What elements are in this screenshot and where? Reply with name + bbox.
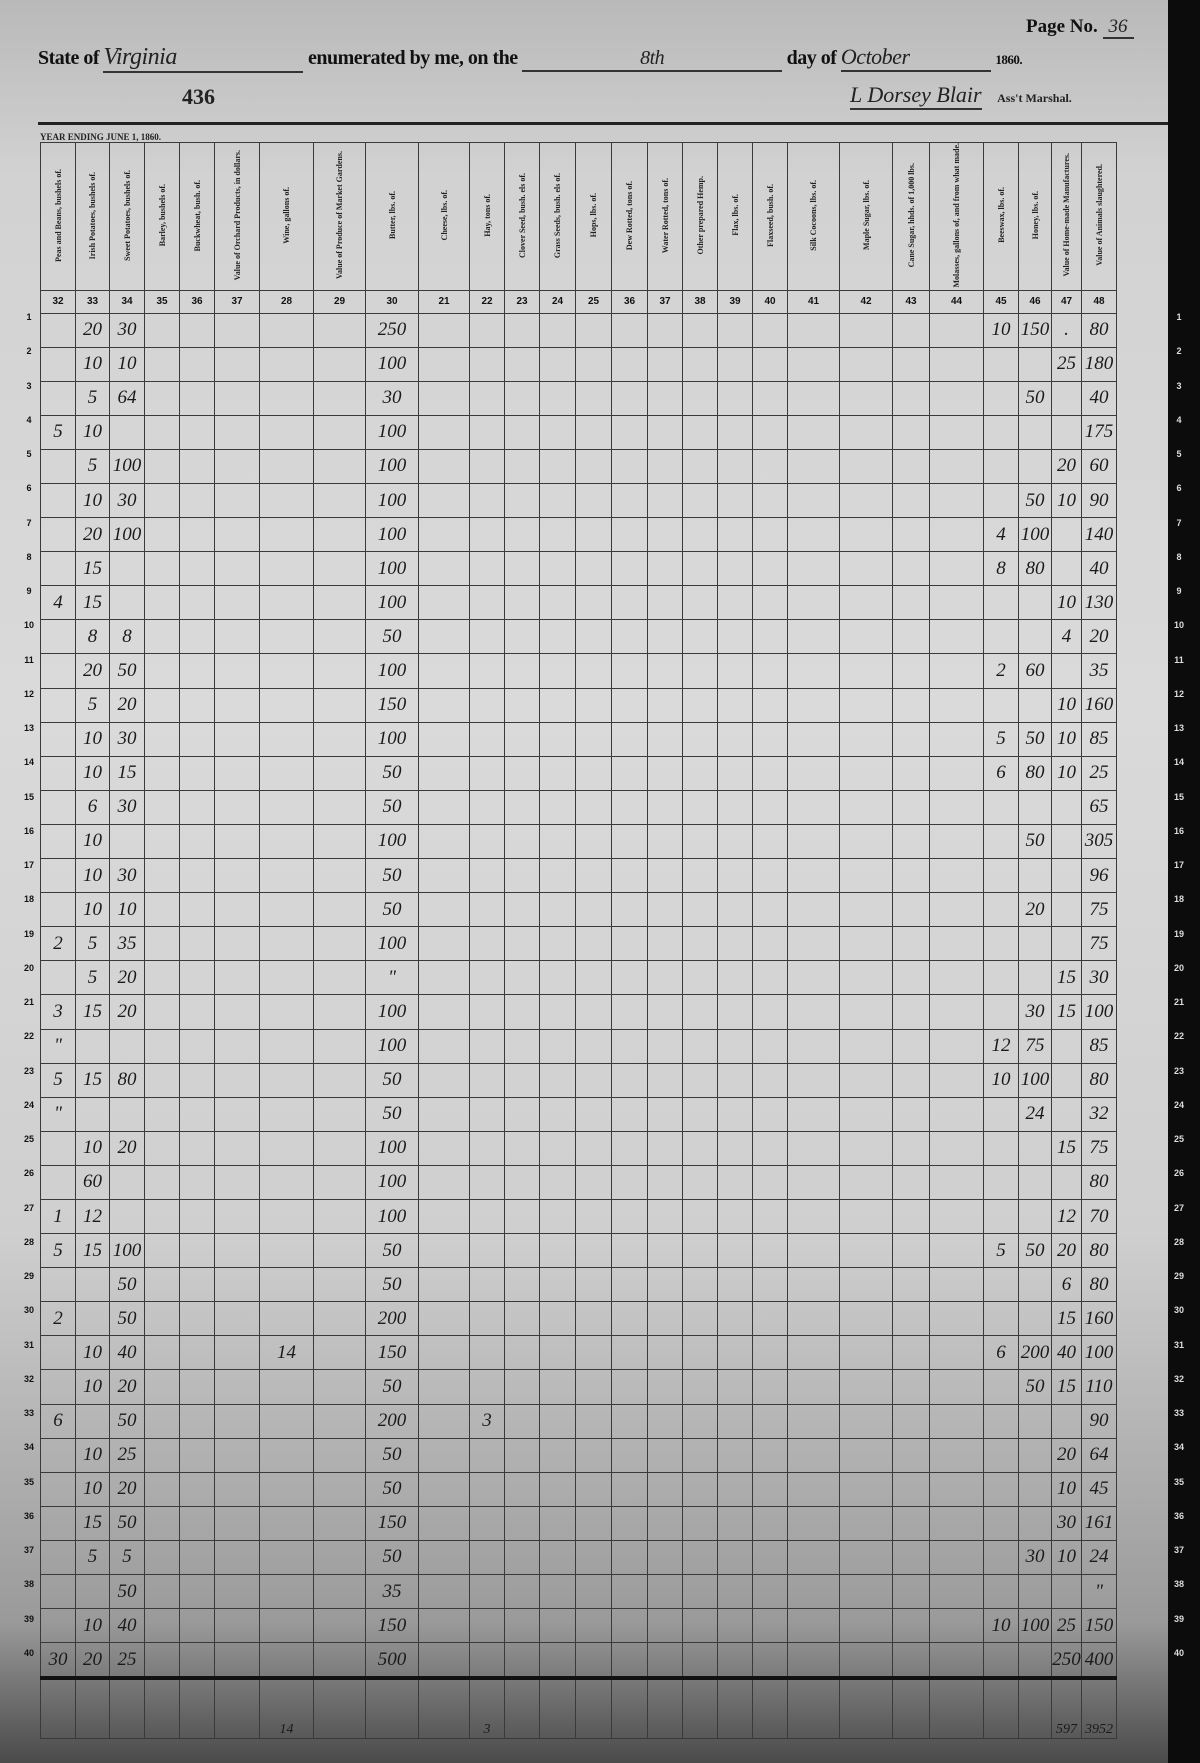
table-body: 203025010150.801010100251805643050405101… bbox=[41, 313, 1117, 1739]
table-cell bbox=[648, 484, 683, 518]
table-cell bbox=[314, 1540, 366, 1574]
table-cell bbox=[215, 1404, 260, 1438]
total-cell: 14 bbox=[260, 1678, 314, 1739]
table-cell bbox=[1052, 893, 1082, 927]
table-cell bbox=[419, 790, 470, 824]
table-cell: 100 bbox=[366, 552, 419, 586]
table-cell bbox=[419, 859, 470, 893]
column-header: Cane Sugar, hhds. of 1,000 lbs. bbox=[893, 143, 930, 291]
table-cell bbox=[505, 381, 540, 415]
row-number: 33 bbox=[1172, 1396, 1186, 1430]
table-cell bbox=[788, 1404, 840, 1438]
table-row: 1121001270 bbox=[41, 1199, 1117, 1233]
table-cell bbox=[576, 1370, 612, 1404]
table-cell bbox=[180, 1063, 215, 1097]
table-cell bbox=[683, 893, 718, 927]
table-cell bbox=[788, 620, 840, 654]
table-cell bbox=[893, 722, 930, 756]
table-cell bbox=[930, 961, 984, 995]
table-cell bbox=[215, 1029, 260, 1063]
table-cell bbox=[893, 961, 930, 995]
table-cell bbox=[718, 654, 753, 688]
table-cell bbox=[893, 1336, 930, 1370]
table-cell bbox=[419, 1438, 470, 1472]
table-cell bbox=[683, 1609, 718, 1643]
table-row: 1010502075 bbox=[41, 893, 1117, 927]
table-cell bbox=[419, 961, 470, 995]
table-cell bbox=[930, 893, 984, 927]
table-cell bbox=[753, 415, 788, 449]
table-cell bbox=[718, 620, 753, 654]
table-cell: 80 bbox=[110, 1063, 145, 1097]
column-header: Hops, lbs. of. bbox=[576, 143, 612, 291]
table-cell bbox=[470, 1438, 505, 1472]
table-cell bbox=[576, 381, 612, 415]
table-cell bbox=[145, 1404, 180, 1438]
table-cell bbox=[648, 552, 683, 586]
table-cell: 20 bbox=[76, 313, 110, 347]
table-cell bbox=[788, 1097, 840, 1131]
table-cell bbox=[260, 552, 314, 586]
table-cell bbox=[314, 1438, 366, 1472]
table-cell: 85 bbox=[1082, 722, 1117, 756]
table-cell bbox=[788, 1336, 840, 1370]
table-cell bbox=[984, 927, 1019, 961]
table-cell bbox=[612, 1404, 648, 1438]
table-cell bbox=[612, 893, 648, 927]
table-cell bbox=[612, 1336, 648, 1370]
table-cell bbox=[260, 1438, 314, 1472]
table-cell: 80 bbox=[1019, 756, 1052, 790]
header-rule bbox=[38, 122, 1168, 125]
table-cell: 50 bbox=[366, 1472, 419, 1506]
table-cell: 10 bbox=[76, 484, 110, 518]
table-cell bbox=[1019, 961, 1052, 995]
row-numbers-left: 1234567891011121314151617181920212223242… bbox=[20, 300, 38, 1670]
table-cell bbox=[612, 756, 648, 790]
table-cell: 10 bbox=[76, 859, 110, 893]
total-cell: 597 bbox=[1052, 1678, 1082, 1739]
table-cell bbox=[753, 859, 788, 893]
row-number: 25 bbox=[20, 1122, 38, 1156]
table-cell: 24 bbox=[1019, 1097, 1052, 1131]
table-cell: 5 bbox=[76, 688, 110, 722]
table-row: 1510088040 bbox=[41, 552, 1117, 586]
table-cell: 50 bbox=[110, 1506, 145, 1540]
table-cell bbox=[1019, 1268, 1052, 1302]
table-cell bbox=[718, 1029, 753, 1063]
column-number: 45 bbox=[984, 290, 1019, 313]
table-cell: 5 bbox=[76, 1540, 110, 1574]
table-cell bbox=[648, 995, 683, 1029]
table-cell bbox=[840, 1268, 893, 1302]
table-cell bbox=[145, 449, 180, 483]
table-cell: 60 bbox=[1082, 449, 1117, 483]
table-cell bbox=[260, 313, 314, 347]
table-cell bbox=[648, 1540, 683, 1574]
table-cell bbox=[718, 586, 753, 620]
table-cell bbox=[840, 927, 893, 961]
row-number: 27 bbox=[1172, 1191, 1186, 1225]
table-cell bbox=[505, 688, 540, 722]
table-cell: 45 bbox=[1082, 1472, 1117, 1506]
table-cell bbox=[893, 1302, 930, 1336]
row-number: 8 bbox=[20, 540, 38, 574]
row-number: 24 bbox=[20, 1088, 38, 1122]
table-cell bbox=[180, 1404, 215, 1438]
table-row: 10305096 bbox=[41, 859, 1117, 893]
table-cell bbox=[540, 552, 576, 586]
table-cell bbox=[788, 1540, 840, 1574]
table-row: 5050680 bbox=[41, 1268, 1117, 1302]
table-cell bbox=[753, 1336, 788, 1370]
table-cell bbox=[576, 1643, 612, 1679]
row-number: 1 bbox=[1172, 300, 1186, 334]
table-cell bbox=[930, 381, 984, 415]
table-cell bbox=[145, 859, 180, 893]
table-cell bbox=[930, 1540, 984, 1574]
table-cell bbox=[576, 415, 612, 449]
total-cell bbox=[366, 1678, 419, 1739]
state-value: Virginia bbox=[103, 44, 303, 73]
table-cell bbox=[145, 1472, 180, 1506]
table-cell bbox=[215, 688, 260, 722]
table-cell bbox=[753, 449, 788, 483]
table-cell: 100 bbox=[366, 1029, 419, 1063]
table-cell bbox=[984, 1540, 1019, 1574]
row-number: 5 bbox=[20, 437, 38, 471]
table-cell bbox=[110, 1097, 145, 1131]
table-row: 515100505502080 bbox=[41, 1234, 1117, 1268]
table-row: 1030100501090 bbox=[41, 484, 1117, 518]
table-cell bbox=[215, 961, 260, 995]
table-cell bbox=[683, 722, 718, 756]
table-cell bbox=[180, 995, 215, 1029]
table-cell bbox=[419, 1302, 470, 1336]
marshal-name: L Dorsey Blair bbox=[850, 82, 982, 110]
table-cell: 50 bbox=[1019, 722, 1052, 756]
table-cell: 40 bbox=[110, 1609, 145, 1643]
table-cell: 10 bbox=[984, 313, 1019, 347]
column-number: 36 bbox=[612, 290, 648, 313]
table-cell bbox=[1019, 415, 1052, 449]
table-cell: 2 bbox=[984, 654, 1019, 688]
table-cell bbox=[612, 1165, 648, 1199]
table-cell bbox=[788, 1575, 840, 1609]
table-cell bbox=[540, 1404, 576, 1438]
column-header: Value of Produce of Market Gardens. bbox=[314, 143, 366, 291]
table-cell bbox=[840, 1029, 893, 1063]
table-cell bbox=[145, 518, 180, 552]
table-cell bbox=[753, 1165, 788, 1199]
table-cell bbox=[753, 484, 788, 518]
table-cell bbox=[840, 688, 893, 722]
table-row: 10301005501085 bbox=[41, 722, 1117, 756]
table-cell bbox=[419, 1643, 470, 1679]
table-cell bbox=[145, 347, 180, 381]
table-cell bbox=[145, 1097, 180, 1131]
table-cell bbox=[718, 756, 753, 790]
table-cell bbox=[540, 1438, 576, 1472]
table-cell bbox=[419, 1575, 470, 1609]
column-header: Value of Orchard Products, in dollars. bbox=[215, 143, 260, 291]
table-cell bbox=[612, 313, 648, 347]
table-row: 1020501045 bbox=[41, 1472, 1117, 1506]
table-cell bbox=[314, 1029, 366, 1063]
table-cell bbox=[753, 1609, 788, 1643]
row-number: 1 bbox=[20, 300, 38, 334]
table-cell: 6 bbox=[984, 1336, 1019, 1370]
table-cell bbox=[314, 1370, 366, 1404]
column-number: 25 bbox=[576, 290, 612, 313]
table-cell bbox=[470, 313, 505, 347]
table-cell bbox=[540, 722, 576, 756]
table-cell bbox=[41, 824, 76, 858]
table-cell bbox=[215, 1472, 260, 1506]
table-cell bbox=[788, 654, 840, 688]
table-cell bbox=[470, 552, 505, 586]
table-cell: 15 bbox=[1052, 1131, 1082, 1165]
table-cell bbox=[840, 859, 893, 893]
table-cell: 4 bbox=[1052, 620, 1082, 654]
table-cell bbox=[505, 1268, 540, 1302]
table-cell bbox=[145, 654, 180, 688]
table-cell bbox=[145, 1438, 180, 1472]
table-row: 5550301024 bbox=[41, 1540, 1117, 1574]
table-cell bbox=[788, 1131, 840, 1165]
row-number: 36 bbox=[20, 1499, 38, 1533]
table-cell bbox=[470, 1506, 505, 1540]
table-cell bbox=[1052, 790, 1082, 824]
table-row: 510100175 bbox=[41, 415, 1117, 449]
table-cell bbox=[1019, 1404, 1052, 1438]
column-number: 22 bbox=[470, 290, 505, 313]
table-cell bbox=[470, 1370, 505, 1404]
table-cell bbox=[753, 824, 788, 858]
column-number: 36 bbox=[180, 290, 215, 313]
table-cell bbox=[840, 1131, 893, 1165]
table-cell bbox=[1019, 1643, 1052, 1679]
table-cell bbox=[314, 1302, 366, 1336]
total-cell bbox=[840, 1678, 893, 1739]
table-cell bbox=[576, 484, 612, 518]
table-cell bbox=[145, 1506, 180, 1540]
table-cell bbox=[540, 415, 576, 449]
table-cell bbox=[788, 1506, 840, 1540]
table-cell bbox=[753, 1438, 788, 1472]
table-cell bbox=[145, 824, 180, 858]
table-cell: 8 bbox=[110, 620, 145, 654]
table-cell bbox=[540, 1609, 576, 1643]
table-cell: 8 bbox=[984, 552, 1019, 586]
table-cell bbox=[718, 1609, 753, 1643]
table-cell bbox=[419, 1234, 470, 1268]
table-cell bbox=[180, 1506, 215, 1540]
table-cell bbox=[540, 1268, 576, 1302]
table-cell bbox=[41, 688, 76, 722]
table-cell bbox=[718, 484, 753, 518]
table-cell bbox=[505, 449, 540, 483]
table-cell bbox=[314, 927, 366, 961]
column-number: 42 bbox=[840, 290, 893, 313]
table-cell: 75 bbox=[1019, 1029, 1052, 1063]
table-cell bbox=[683, 552, 718, 586]
table-cell bbox=[576, 1336, 612, 1370]
table-cell bbox=[180, 1268, 215, 1302]
row-number: 3 bbox=[1172, 369, 1186, 403]
table-cell bbox=[314, 1472, 366, 1506]
row-number: 2 bbox=[1172, 334, 1186, 368]
table-cell bbox=[215, 756, 260, 790]
table-cell bbox=[76, 1097, 110, 1131]
table-cell bbox=[41, 722, 76, 756]
table-cell bbox=[260, 927, 314, 961]
table-cell bbox=[1019, 586, 1052, 620]
row-number: 29 bbox=[20, 1259, 38, 1293]
column-number: 48 bbox=[1082, 290, 1117, 313]
table-cell bbox=[419, 449, 470, 483]
table-cell bbox=[788, 790, 840, 824]
table-cell bbox=[612, 586, 648, 620]
table-cell bbox=[930, 995, 984, 1029]
table-cell bbox=[540, 688, 576, 722]
table-cell bbox=[470, 1643, 505, 1679]
table-cell bbox=[648, 1165, 683, 1199]
table-cell bbox=[215, 415, 260, 449]
table-cell bbox=[314, 552, 366, 586]
table-cell bbox=[683, 1370, 718, 1404]
row-number: 16 bbox=[20, 814, 38, 848]
table-cell bbox=[648, 518, 683, 552]
table-cell: 40 bbox=[1052, 1336, 1082, 1370]
table-cell: 10 bbox=[984, 1063, 1019, 1097]
table-cell bbox=[840, 654, 893, 688]
table-cell bbox=[180, 381, 215, 415]
table-cell: 100 bbox=[110, 1234, 145, 1268]
table-row: 52015010160 bbox=[41, 688, 1117, 722]
table-cell bbox=[893, 449, 930, 483]
table-cell bbox=[788, 415, 840, 449]
table-cell bbox=[788, 859, 840, 893]
table-cell bbox=[314, 518, 366, 552]
column-number: 46 bbox=[1019, 290, 1052, 313]
table-cell: 100 bbox=[366, 824, 419, 858]
total-cell bbox=[788, 1678, 840, 1739]
table-cell bbox=[314, 1268, 366, 1302]
table-cell bbox=[683, 995, 718, 1029]
table-cell bbox=[41, 381, 76, 415]
table-cell: 35 bbox=[1082, 654, 1117, 688]
table-cell bbox=[215, 1165, 260, 1199]
table-cell bbox=[314, 1609, 366, 1643]
table-cell: 10 bbox=[76, 756, 110, 790]
table-row: "502432 bbox=[41, 1097, 1117, 1131]
table-cell bbox=[470, 449, 505, 483]
table-cell bbox=[984, 1370, 1019, 1404]
table-cell: 20 bbox=[76, 1643, 110, 1679]
table-cell bbox=[984, 790, 1019, 824]
table-cell: 100 bbox=[1082, 1336, 1117, 1370]
table-cell bbox=[540, 859, 576, 893]
table-cell: 400 bbox=[1082, 1643, 1117, 1679]
table-cell: 100 bbox=[366, 449, 419, 483]
table-cell bbox=[314, 688, 366, 722]
table-cell bbox=[505, 756, 540, 790]
table-cell bbox=[576, 449, 612, 483]
total-cell bbox=[110, 1678, 145, 1739]
table-cell bbox=[718, 1575, 753, 1609]
table-cell: 50 bbox=[366, 1370, 419, 1404]
table-cell bbox=[930, 1336, 984, 1370]
row-number: 9 bbox=[1172, 574, 1186, 608]
table-cell bbox=[145, 1268, 180, 1302]
table-cell bbox=[470, 995, 505, 1029]
table-cell bbox=[576, 1097, 612, 1131]
column-header: Barley, bushels of. bbox=[145, 143, 180, 291]
table-cell bbox=[470, 824, 505, 858]
table-cell: 10 bbox=[76, 1438, 110, 1472]
row-number: 12 bbox=[1172, 677, 1186, 711]
table-cell bbox=[180, 790, 215, 824]
row-number: 8 bbox=[1172, 540, 1186, 574]
table-cell bbox=[505, 1131, 540, 1165]
table-cell bbox=[648, 1131, 683, 1165]
table-cell bbox=[540, 1165, 576, 1199]
table-cell: 10 bbox=[1052, 688, 1082, 722]
table-cell: 30 bbox=[110, 484, 145, 518]
table-cell: 6 bbox=[1052, 1268, 1082, 1302]
row-number: 24 bbox=[1172, 1088, 1186, 1122]
table-cell bbox=[470, 1097, 505, 1131]
table-row: 101010025180 bbox=[41, 347, 1117, 381]
table-cell bbox=[419, 654, 470, 688]
table-cell bbox=[540, 1029, 576, 1063]
table-cell bbox=[1052, 1097, 1082, 1131]
table-cell: 500 bbox=[366, 1643, 419, 1679]
table-cell bbox=[41, 1268, 76, 1302]
table-cell bbox=[41, 1370, 76, 1404]
table-cell bbox=[930, 449, 984, 483]
table-cell bbox=[984, 893, 1019, 927]
table-cell bbox=[41, 1165, 76, 1199]
table-cell bbox=[260, 1302, 314, 1336]
table-cell bbox=[215, 1438, 260, 1472]
table-cell bbox=[612, 1575, 648, 1609]
table-cell bbox=[788, 1370, 840, 1404]
table-cell bbox=[180, 927, 215, 961]
table-cell bbox=[470, 859, 505, 893]
total-cell bbox=[314, 1678, 366, 1739]
table-cell: 100 bbox=[366, 654, 419, 688]
table-cell: 30 bbox=[110, 313, 145, 347]
table-cell bbox=[1052, 824, 1082, 858]
census-table: Peas and Beans, bushels of.Irish Potatoe… bbox=[40, 142, 1117, 1739]
table-cell: 50 bbox=[366, 859, 419, 893]
table-cell bbox=[683, 518, 718, 552]
table-cell bbox=[540, 518, 576, 552]
table-cell bbox=[215, 927, 260, 961]
table-cell bbox=[180, 688, 215, 722]
table-cell: 30 bbox=[110, 790, 145, 824]
table-cell bbox=[505, 620, 540, 654]
row-number: 31 bbox=[20, 1328, 38, 1362]
column-header: Cheese, lbs. of. bbox=[419, 143, 470, 291]
column-number: 37 bbox=[648, 290, 683, 313]
table-cell bbox=[683, 756, 718, 790]
table-cell bbox=[260, 790, 314, 824]
table-cell bbox=[648, 1063, 683, 1097]
table-cell bbox=[840, 1165, 893, 1199]
